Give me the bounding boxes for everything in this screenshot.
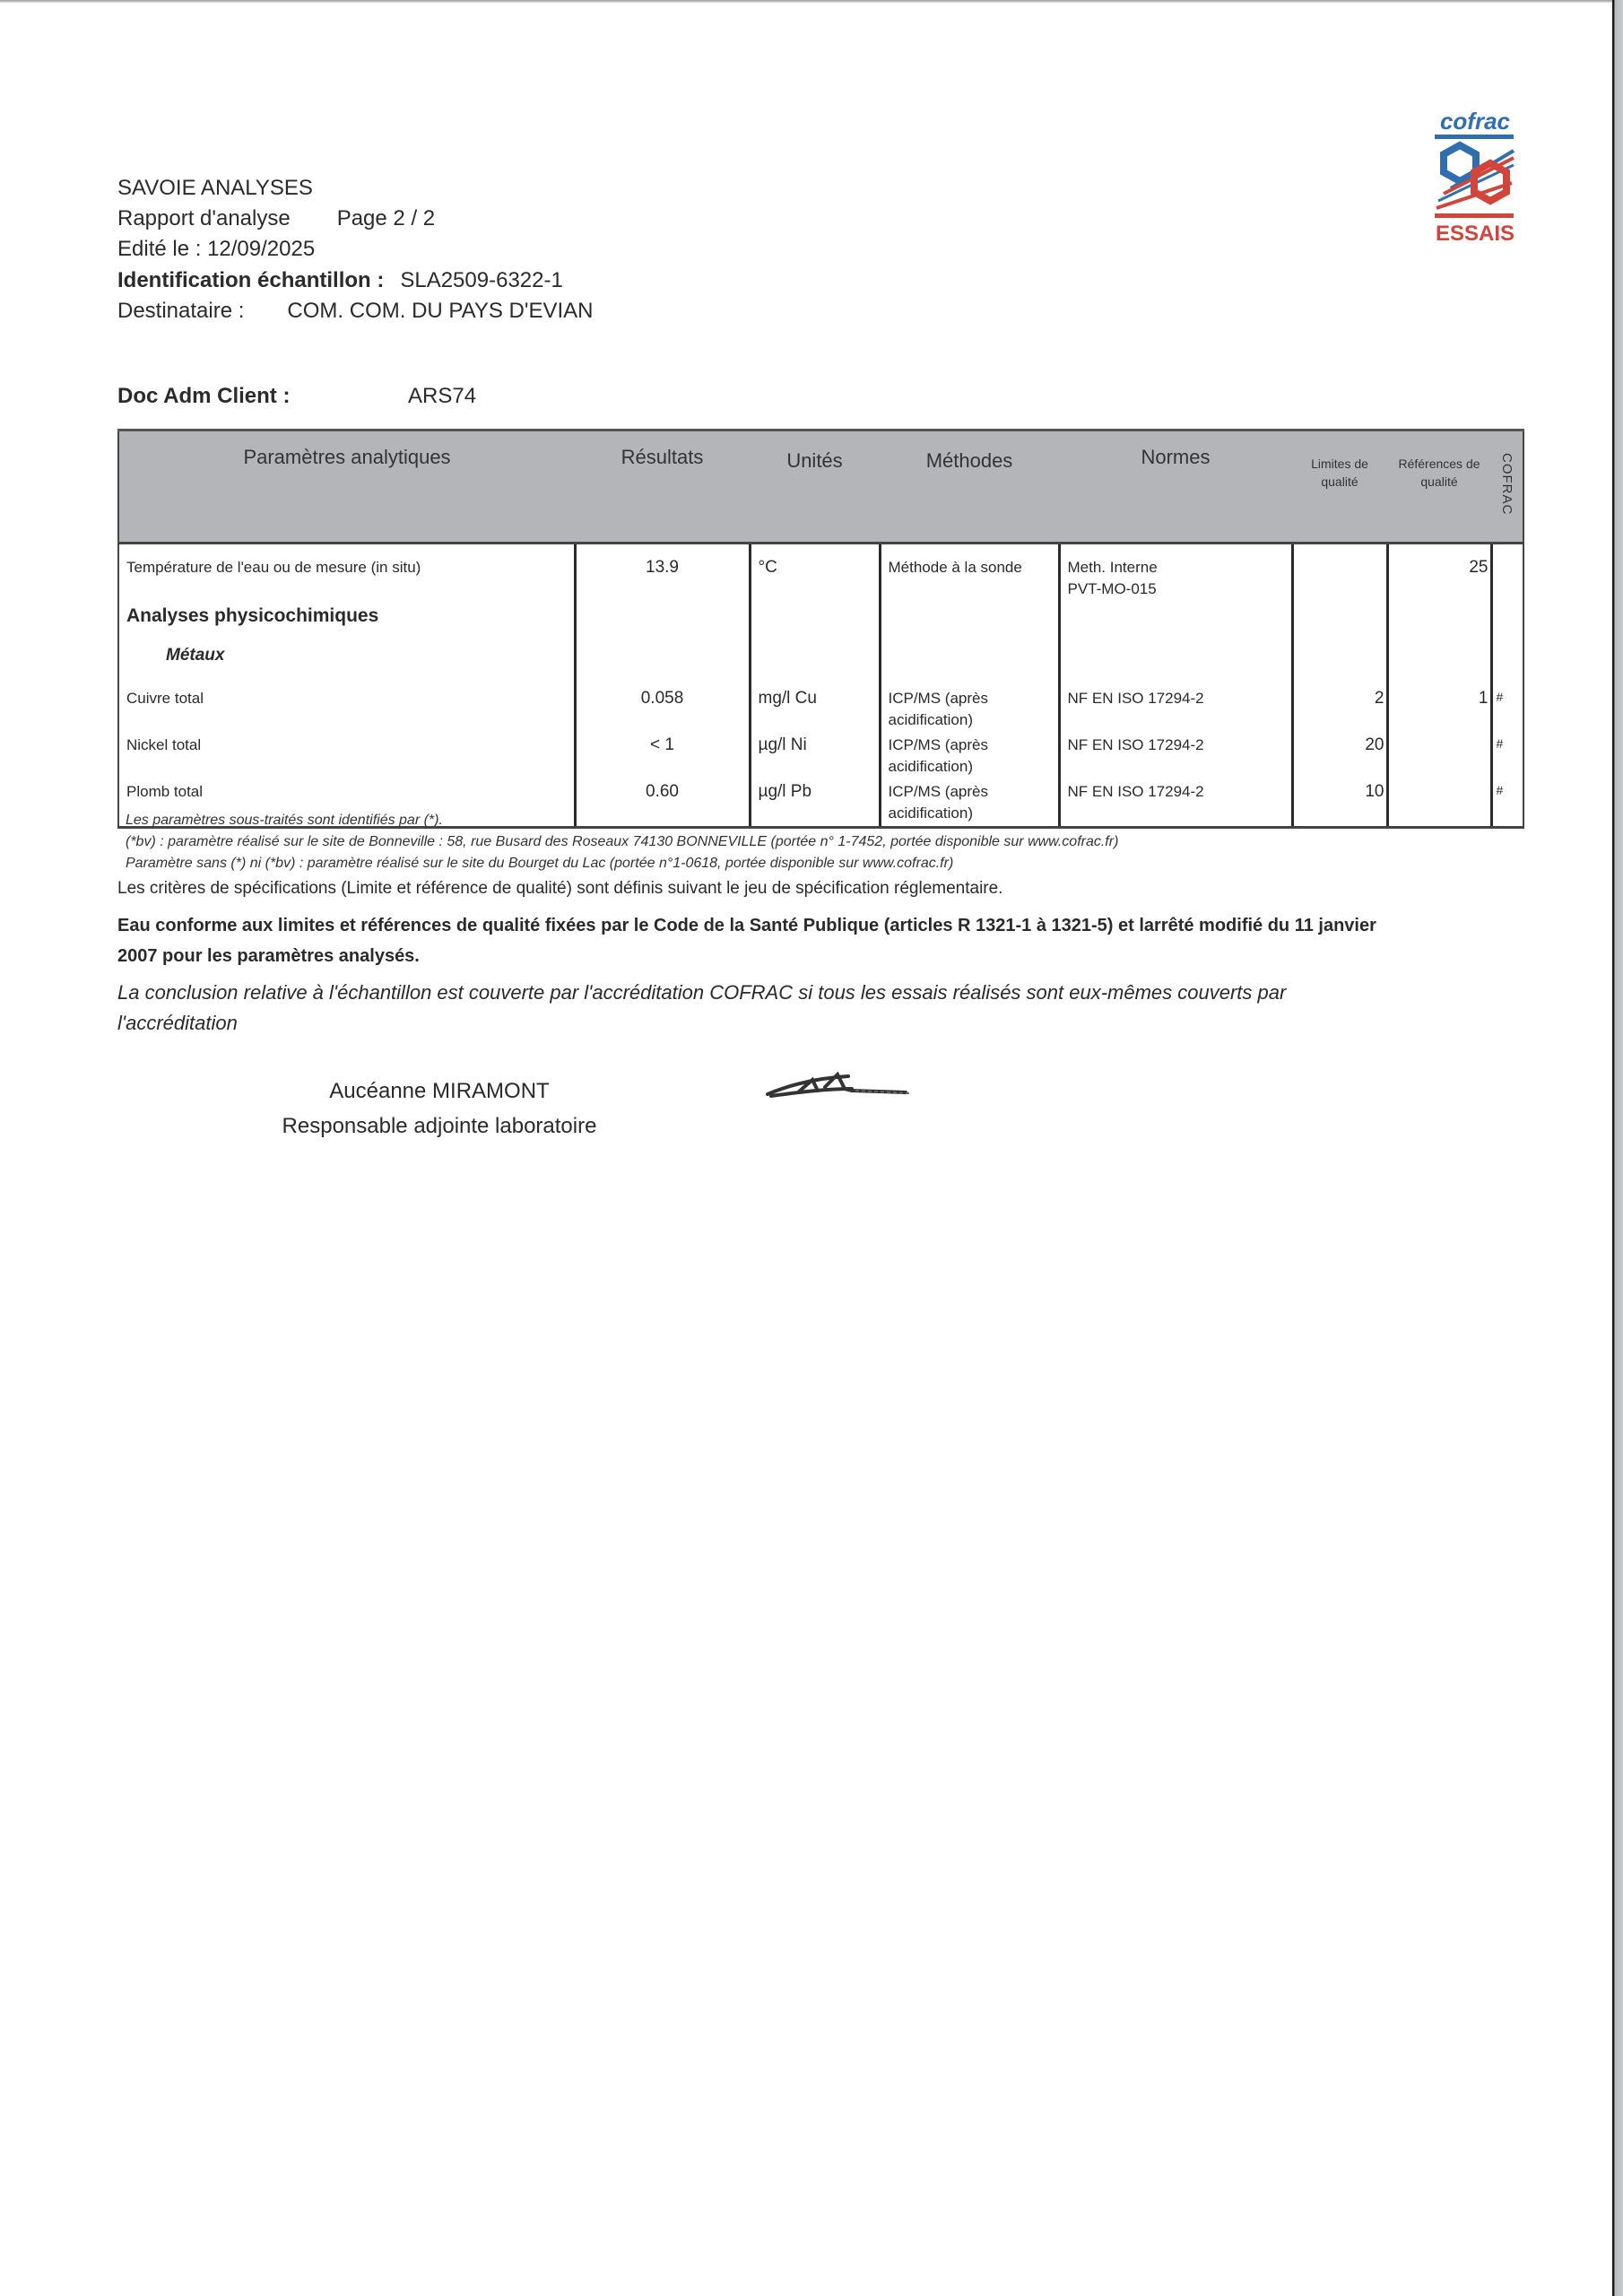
edited-date: 12/09/2025 [207, 237, 315, 261]
cell-reference [1387, 779, 1491, 828]
cell-cofrac: # [1491, 686, 1523, 733]
col-header-limit: Limites de qualité [1292, 430, 1387, 544]
cell-limit: 10 [1292, 779, 1387, 828]
sample-id-label: Identification échantillon : [117, 268, 384, 292]
subsection-title: Métaux [126, 646, 224, 665]
logo-top-text: cofrac [1440, 108, 1511, 135]
report-label: Rapport d'analyse [117, 206, 291, 230]
footnotes: Les paramètres sous-traités sont identif… [126, 810, 1118, 874]
signature-image [762, 1069, 915, 1105]
cell-result: 0.058 [575, 686, 750, 733]
scan-edge-top [0, 0, 1614, 3]
lab-name: SAVOIE ANALYSES [117, 173, 313, 204]
cell-parameter: Cuivre total [118, 686, 575, 733]
sample-id-line: Identification échantillon :SLA2509-6322… [117, 265, 563, 296]
cell-parameter: Nickel total [118, 733, 575, 779]
criteria-statement: Les critères de spécifications (Limite e… [117, 879, 1002, 899]
recipient-label: Destinataire : [117, 299, 244, 323]
cell-reference: 25 [1387, 544, 1491, 606]
col-header-reference: Références de qualité [1387, 430, 1491, 544]
cell-unit: µg/l Ni [750, 733, 880, 779]
table-row: Cuivre total 0.058 mg/l Cu ICP/MS (après… [118, 686, 1523, 733]
cell-unit: °C [750, 544, 880, 606]
subsection-row: Métaux [118, 645, 1523, 686]
col-header-cofrac: COFRAC [1491, 430, 1523, 544]
conformity-statement: Eau conforme aux limites et références d… [117, 910, 1391, 971]
table-row: Température de l'eau ou de mesure (in si… [118, 544, 1523, 606]
col-header-result: Résultats [575, 430, 750, 544]
scan-edge-right [1612, 0, 1623, 2296]
signatory-role: Responsable adjointe laboratoire [179, 1114, 699, 1139]
cell-standard: NF EN ISO 17294-2 [1059, 686, 1292, 733]
cell-standard: NF EN ISO 17294-2 [1059, 733, 1292, 779]
footnote-bonneville: (*bv) : paramètre réalisé sur le site de… [126, 831, 1118, 853]
section-row: Analyses physicochimiques [118, 605, 1523, 645]
cell-reference: 1 [1387, 686, 1491, 733]
cell-cofrac: # [1491, 779, 1523, 828]
cell-cofrac: # [1491, 733, 1523, 779]
col-header-parameter: Paramètres analytiques [118, 430, 575, 544]
recipient: COM. COM. DU PAYS D'EVIAN [287, 299, 593, 323]
sample-id: SLA2509-6322-1 [400, 268, 562, 292]
col-header-method: Méthodes [880, 430, 1059, 544]
footnote-subcontracted: Les paramètres sous-traités sont identif… [126, 810, 1118, 831]
table-header-row: Paramètres analytiques Résultats Unités … [118, 430, 1523, 544]
cell-limit: 20 [1292, 733, 1387, 779]
recipient-line: Destinataire :COM. COM. DU PAYS D'EVIAN [117, 296, 593, 326]
doc-adm-label: Doc Adm Client : [117, 384, 290, 409]
table-row: Nickel total < 1 µg/l Ni ICP/MS (après a… [118, 733, 1523, 779]
cell-result: < 1 [575, 733, 750, 779]
cell-limit: 2 [1292, 686, 1387, 733]
cell-cofrac [1491, 544, 1523, 606]
cell-result: 13.9 [575, 544, 750, 606]
cell-standard: Meth. Interne PVT-MO-015 [1059, 544, 1292, 606]
results-table: Paramètres analytiques Résultats Unités … [117, 429, 1524, 829]
cell-unit: mg/l Cu [750, 686, 880, 733]
cell-method: Méthode à la sonde [880, 544, 1059, 606]
cell-reference [1387, 733, 1491, 779]
doc-adm-value: ARS74 [408, 384, 476, 409]
report-line: Rapport d'analysePage 2 / 2 [117, 204, 435, 234]
logo-bottom-text: ESSAIS [1436, 222, 1515, 244]
edited-label: Edité le : [117, 237, 201, 261]
footnote-bourget: Paramètre sans (*) ni (*bv) : paramètre … [126, 853, 1118, 874]
cofrac-essais-logo: cofrac ESSAIS [1433, 108, 1517, 244]
cell-parameter: Température de l'eau ou de mesure (in si… [118, 544, 575, 606]
cofrac-conclusion: La conclusion relative à l'échantillon e… [117, 978, 1409, 1039]
cell-method: ICP/MS (après acidification) [880, 733, 1059, 779]
page-indicator: Page 2 / 2 [337, 206, 435, 230]
section-title: Analyses physicochimiques [126, 605, 378, 626]
col-header-standard: Normes [1059, 430, 1292, 544]
edited-line: Edité le : 12/09/2025 [117, 234, 315, 265]
cell-limit [1292, 544, 1387, 606]
signatory-name: Aucéanne MIRAMONT [179, 1079, 699, 1104]
col-header-unit: Unités [750, 430, 880, 544]
cell-method: ICP/MS (après acidification) [880, 686, 1059, 733]
